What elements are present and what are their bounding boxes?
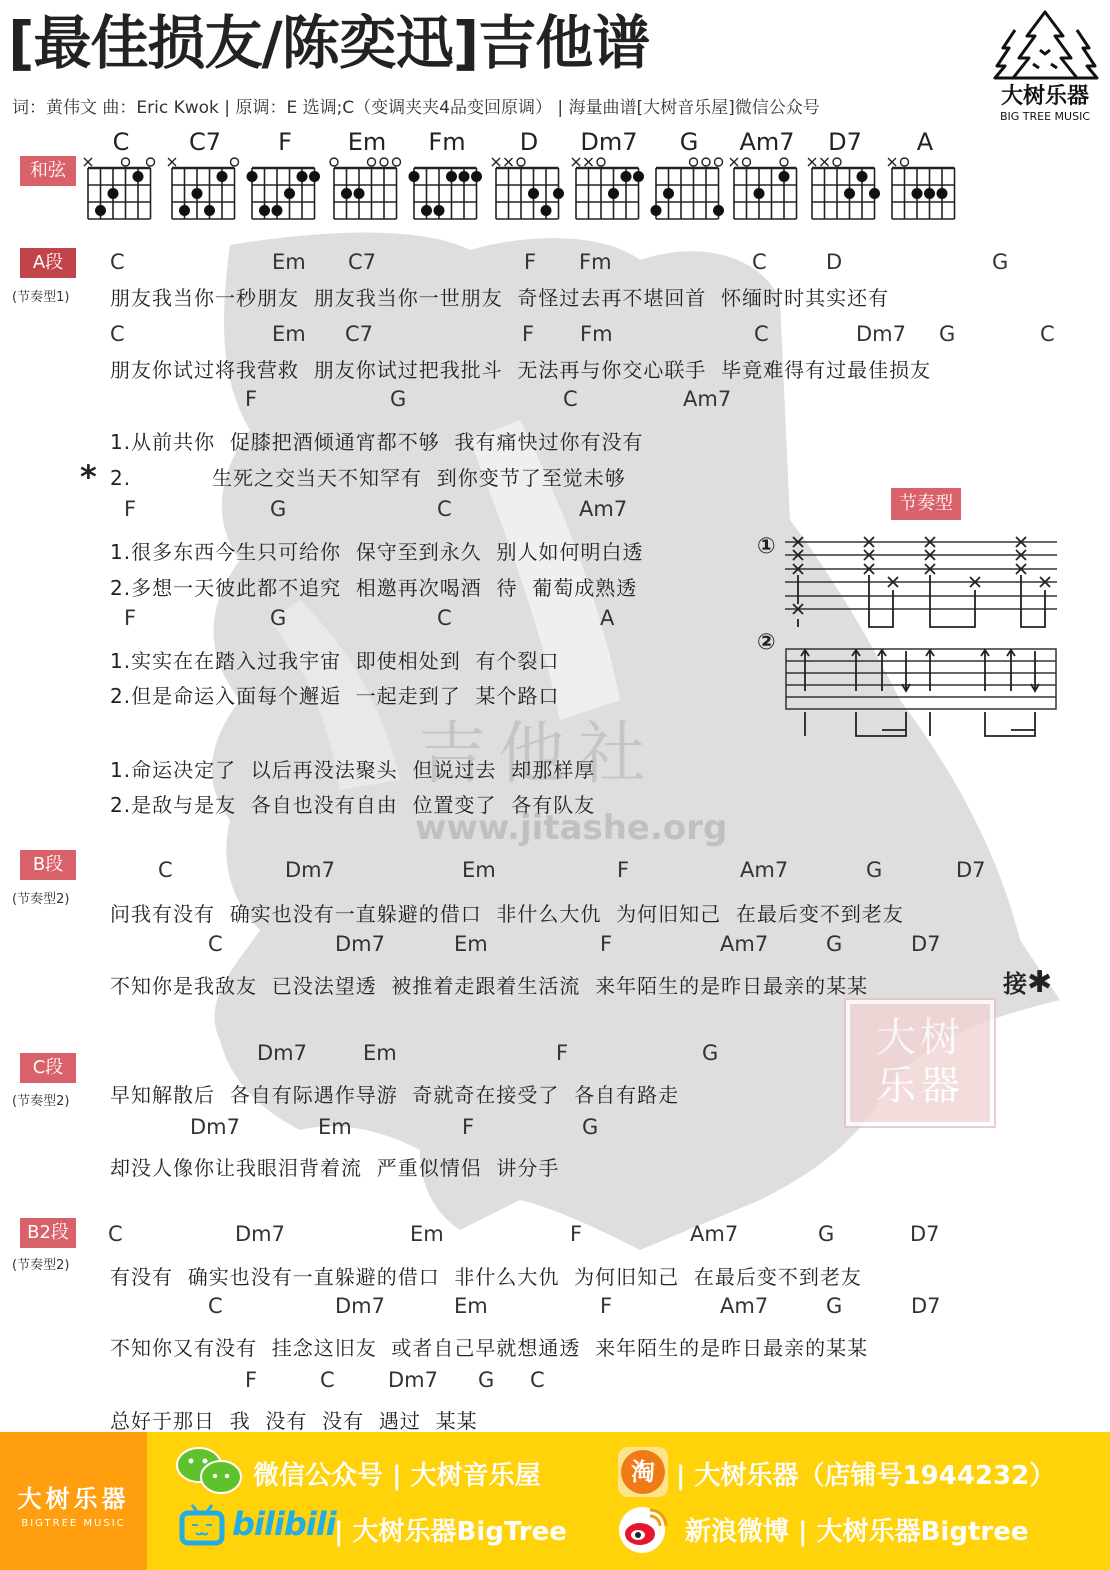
chord-line: FCDm7GC	[0, 1368, 1110, 1396]
chord-symbol: G	[818, 1222, 834, 1246]
chord-symbol: C	[208, 932, 223, 956]
chord-symbol: G	[826, 932, 842, 956]
footer-banner	[0, 1432, 1110, 1570]
chord-symbol: Em	[363, 1041, 397, 1065]
lyric-line: 2.多想一天彼此都不追究 相邀再次喝酒 待 葡萄成熟透	[110, 572, 637, 601]
chord-symbol: C7	[348, 250, 376, 274]
taobao-store-link[interactable]: | 大树乐器（店铺号1944232）	[676, 1455, 1055, 1492]
chord-symbol: Am7	[683, 387, 731, 411]
chord-line: FGCAm7	[0, 387, 1110, 415]
chord-symbol: C7	[345, 322, 373, 346]
taobao-icon-glyph: 淘	[621, 1450, 665, 1494]
chord-line: CDm7EmFAm7GD7	[0, 932, 1110, 960]
chord-symbol: F	[245, 387, 257, 411]
chord-symbol: F	[522, 322, 534, 346]
chord-symbol: C	[563, 387, 578, 411]
jump-to-text: 接	[1003, 970, 1027, 998]
chord-symbol: G	[270, 606, 286, 630]
lyric-line: 2.但是命运入面每个邂逅 一起走到了 某个路口	[110, 680, 560, 709]
chord-symbol: Em	[410, 1222, 444, 1246]
chord-symbol: F	[556, 1041, 568, 1065]
chord-symbol: C	[110, 250, 125, 274]
chord-symbol: C	[320, 1368, 335, 1392]
chord-line: CDm7EmFAm7GD7	[0, 1222, 1110, 1250]
chord-symbol: G	[478, 1368, 494, 1392]
lyric-line: 不知你又有没有 挂念这旧友 或者自己早就想通透 来年陌生的是昨日最亲的某某	[110, 1332, 868, 1361]
chord-line: CDm7EmFAm7GD7	[0, 858, 1110, 886]
lyric-line: 朋友我当你一秒朋友 朋友我当你一世朋友 奇怪过去再不堪回首 怀缅时时其实还有	[110, 282, 889, 311]
lyric-line: 1.命运决定了 以后再没法聚头 但说过去 却那样厚	[110, 754, 595, 783]
bilibili-logo-text: bilibili	[232, 1505, 336, 1543]
chord-symbol: C	[437, 497, 452, 521]
repeat-star-marker: *	[80, 458, 97, 496]
weibo-icon	[616, 1504, 672, 1554]
chord-symbol: G	[270, 497, 286, 521]
taobao-icon: 淘	[618, 1447, 668, 1497]
chord-symbol: F	[245, 1368, 257, 1392]
footer-brand-en: BIGTREE MUSIC	[0, 1518, 147, 1529]
footer-brand: 大树乐器 BIGTREE MUSIC	[0, 1432, 147, 1570]
chord-symbol: C	[108, 1222, 123, 1246]
chord-symbol: F	[462, 1115, 474, 1139]
chord-symbol: D7	[911, 1294, 941, 1318]
jump-star-icon: ✱	[1027, 965, 1052, 1000]
wechat-icon	[175, 1447, 245, 1497]
chord-line: CEmC7FFmCDm7GC	[0, 322, 1110, 350]
chord-symbol: C	[158, 858, 173, 882]
rhythm-pattern-1-label: ①	[757, 534, 776, 559]
chord-symbol: Am7	[690, 1222, 738, 1246]
chord-symbol: F	[124, 497, 136, 521]
chord-symbol: F	[600, 1294, 612, 1318]
chord-symbol: Am7	[720, 1294, 768, 1318]
chord-symbol: G	[866, 858, 882, 882]
lyric-line: 1.实实在在踏入过我宇宙 即使相处到 有个裂口	[110, 645, 560, 674]
wechat-account-link[interactable]: 微信公众号 | 大树音乐屋	[253, 1455, 541, 1492]
bilibili-account-link[interactable]: | 大树乐器BigTree	[334, 1511, 567, 1548]
chord-symbol: Dm7	[388, 1368, 438, 1392]
rhythm-pattern-2-label: ②	[757, 630, 776, 655]
rhythm-pattern-1	[780, 535, 1060, 630]
chord-symbol: Fm	[580, 322, 613, 346]
chord-symbol: D	[826, 250, 842, 274]
chord-symbol: G	[826, 1294, 842, 1318]
chord-symbol: Am7	[720, 932, 768, 956]
rhythm-panel-label: 节奏型	[891, 488, 961, 520]
bilibili-tv-icon	[178, 1503, 226, 1549]
chord-symbol: Em	[454, 932, 488, 956]
chord-symbol: Dm7	[856, 322, 906, 346]
rhythm-pattern-2	[783, 646, 1063, 741]
chord-symbol: F	[600, 932, 612, 956]
lyric-line: 有没有 确实也没有一直躲避的借口 非什么大仇 为何旧知己 在最后变不到老友	[110, 1261, 862, 1290]
chord-symbol: Dm7	[190, 1115, 240, 1139]
weibo-account-link[interactable]: 新浪微博 | 大树乐器Bigtree	[685, 1511, 1028, 1548]
chord-symbol: F	[617, 858, 629, 882]
lyric-line: 朋友你试过将我营救 朋友你试过把我批斗 无法再与你交心联手 毕竟难得有过最佳损友	[110, 354, 931, 383]
chord-symbol: Em	[318, 1115, 352, 1139]
chord-symbol: C	[754, 322, 769, 346]
lyric-line: 2. 生死之交当天不知罕有 到你变节了至觉未够	[110, 462, 626, 491]
lyric-line: 不知你是我敌友 已没法望透 被推着走跟着生活流 来年陌生的是昨日最亲的某某	[110, 970, 868, 999]
chord-symbol: G	[390, 387, 406, 411]
jump-to-label: 接✱	[1003, 964, 1052, 1000]
footer-brand-cn: 大树乐器	[0, 1479, 147, 1514]
chord-symbol: Em	[462, 858, 496, 882]
chord-symbol: Am7	[740, 858, 788, 882]
chord-symbol: G	[992, 250, 1008, 274]
chord-line: CEmC7FFmCDG	[0, 250, 1110, 278]
chord-symbol: C	[208, 1294, 223, 1318]
chord-symbol: Dm7	[335, 932, 385, 956]
chord-symbol: D7	[911, 932, 941, 956]
lyric-line: 2.是敌与是友 各自也没有自由 位置变了 各有队友	[110, 789, 595, 818]
chord-symbol: Dm7	[285, 858, 335, 882]
chord-symbol: Em	[272, 250, 306, 274]
chord-symbol: Dm7	[257, 1041, 307, 1065]
chord-symbol: D7	[910, 1222, 940, 1246]
chord-symbol: G	[582, 1115, 598, 1139]
lyric-line: 1.很多东西今生只可给你 保守至到永久 别人如何明白透	[110, 536, 644, 565]
chord-symbol: Dm7	[235, 1222, 285, 1246]
chord-symbol: Fm	[579, 250, 612, 274]
lyric-line: 总好于那日 我 没有 没有 遇过 某某	[110, 1405, 478, 1434]
chord-symbol: C	[752, 250, 767, 274]
chord-symbol: C	[530, 1368, 545, 1392]
lyric-line: 1.从前共你 促膝把酒倾通宵都不够 我有痛快过你有没有	[110, 426, 644, 455]
chord-symbol: C	[1040, 322, 1055, 346]
chord-line: Dm7EmFG	[0, 1041, 1110, 1069]
chord-symbol: G	[702, 1041, 718, 1065]
chord-symbol: Am7	[579, 497, 627, 521]
chord-line: CDm7EmFAm7GD7	[0, 1294, 1110, 1322]
chord-symbol: A	[600, 606, 614, 630]
chord-symbol: Em	[272, 322, 306, 346]
lyric-line: 早知解散后 各自有际遇作导游 奇就奇在接受了 各自有路走	[110, 1079, 679, 1108]
chord-symbol: F	[524, 250, 536, 274]
lyric-line: 却没人像你让我眼泪背着流 严重似情侣 讲分手	[110, 1152, 559, 1181]
chord-symbol: F	[570, 1222, 582, 1246]
chord-symbol: Em	[454, 1294, 488, 1318]
chord-symbol: C	[437, 606, 452, 630]
chord-symbol: D7	[956, 858, 986, 882]
chord-line: Dm7EmFG	[0, 1115, 1110, 1143]
chord-symbol: C	[110, 322, 125, 346]
chord-symbol: Dm7	[335, 1294, 385, 1318]
lyric-line: 问我有没有 确实也没有一直躲避的借口 非什么大仇 为何旧知己 在最后变不到老友	[110, 898, 904, 927]
chord-symbol: F	[124, 606, 136, 630]
chord-symbol: G	[939, 322, 955, 346]
